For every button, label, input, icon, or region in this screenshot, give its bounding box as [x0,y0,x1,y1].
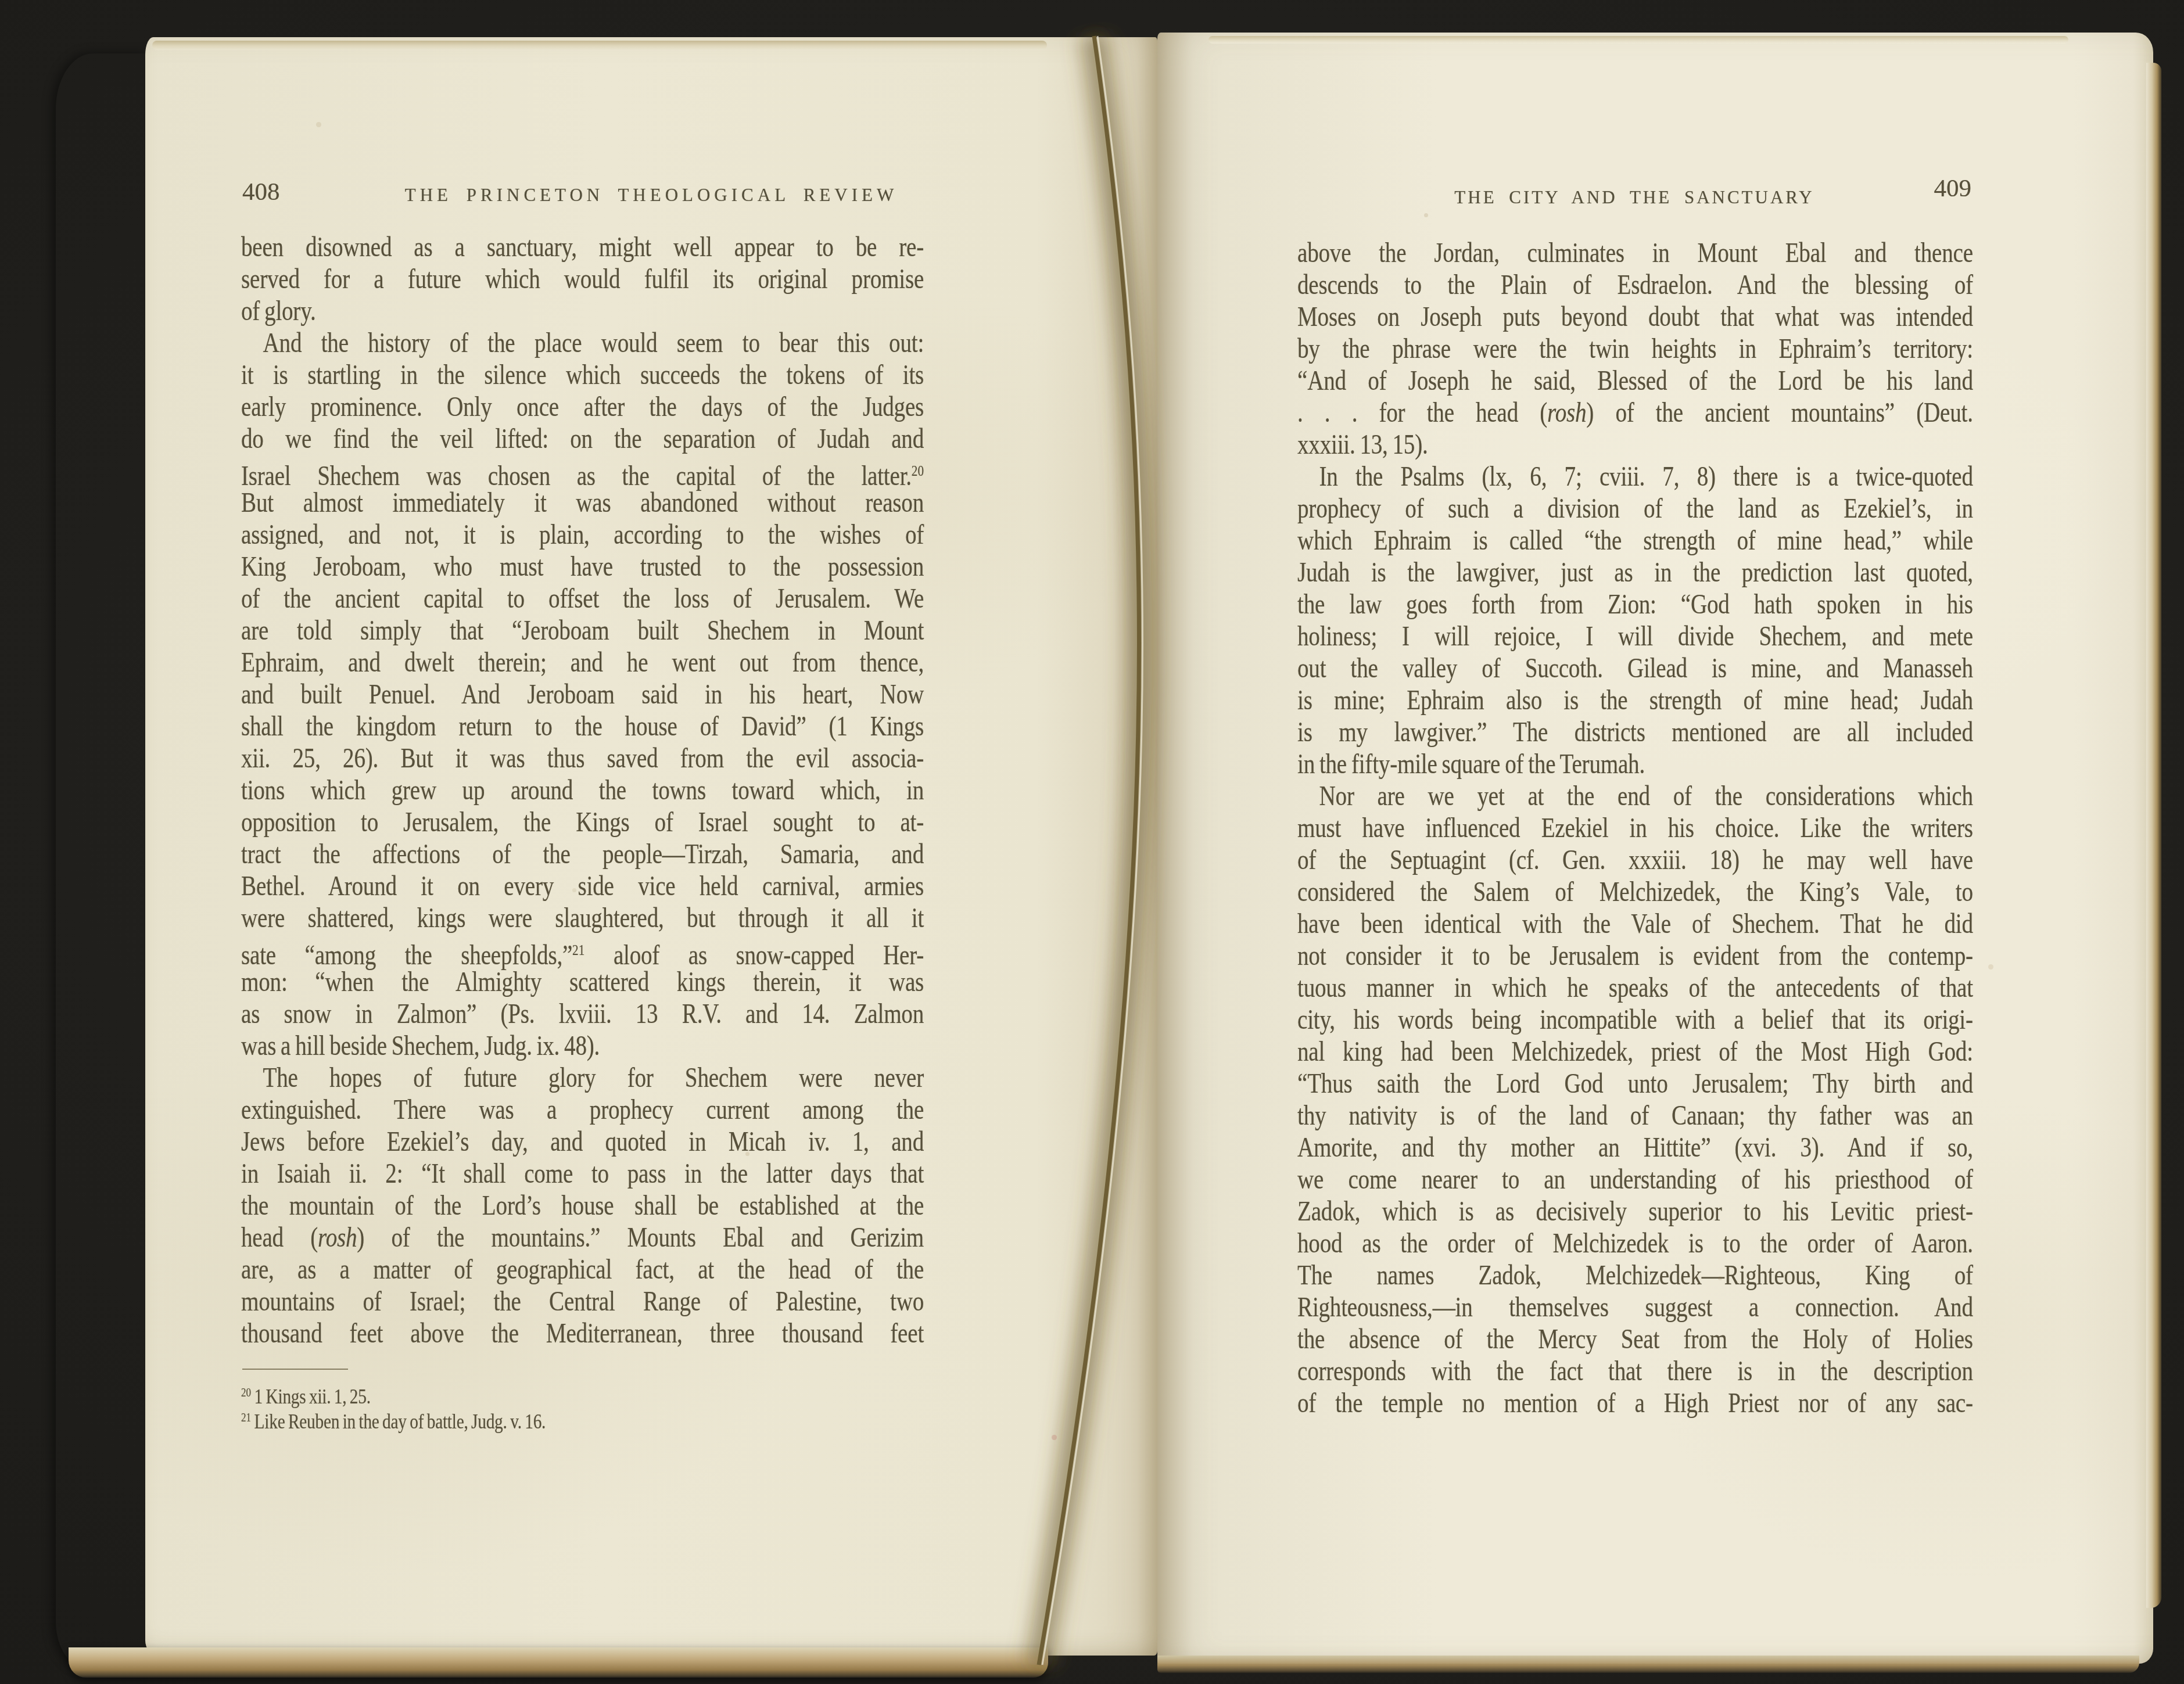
body-line: have been identical with the Vale of She… [1297,908,1973,940]
body-line: of the Septuagint (cf. Gen. xxxiii. 18) … [1297,844,1973,876]
body-line: shall the kingdom return to the house of… [241,710,924,742]
body-line: Righteousness,—in themselves suggest a c… [1297,1291,1973,1323]
body-line: as snow in Zalmon” (Ps. lxviii. 13 R.V. … [241,998,924,1030]
body-line: of the temple no mention of a High Pries… [1297,1387,1973,1419]
body-line: And the history of the place would seem … [241,327,924,359]
body-line: were shattered, kings were slaughtered, … [241,902,924,934]
left-body-text: been disowned as a sanctuary, might well… [241,231,924,1349]
body-line: In the Psalms (lx, 6, 7; cviii. 7, 8) th… [1297,461,1973,493]
body-line: tions which grew up around the towns tow… [241,774,924,806]
body-line: corresponds with the fact that there is … [1297,1355,1973,1387]
body-line: the law goes forth from Zion: “God hath … [1297,588,1973,620]
left-page-edge-stack [56,53,149,1668]
body-line: Amorite, and thy mother an Hittite” (xvi… [1297,1132,1973,1164]
body-line: nal king had been Melchizedek, priest of… [1297,1036,1973,1068]
body-line: assigned, and not, it is plain, accordin… [241,519,924,551]
body-line: Bethel. Around it on every side vice hel… [241,870,924,902]
body-line: 20 1 Kings xii. 1, 25. [241,1380,924,1405]
right-body-text: above the Jordan, culminates in Mount Eb… [1297,237,1973,1419]
left-running-head: THE PRINCETON THEOLOGICAL REVIEW [145,185,1157,206]
body-line: Zadok, which is as decisively superior t… [1297,1195,1973,1227]
body-line: The hopes of future glory for Shechem we… [241,1062,924,1094]
body-line: are, as a matter of geographical fact, a… [241,1254,924,1286]
body-line: is mine; Ephraim also is the strength of… [1297,684,1973,716]
body-line: xii. 25, 26). But it was thus saved from… [241,742,924,774]
body-line: Ephraim, and dwelt therein; and he went … [241,647,924,678]
body-line: in Isaiah ii. 2: “It shall come to pass … [241,1158,924,1190]
body-line: tuous manner in which he speaks of the a… [1297,972,1973,1004]
body-line: tract the affections of the people—Tirza… [241,838,924,870]
body-line: prophecy of such a division of the land … [1297,493,1973,525]
body-line: is my lawgiver.” The districts mentioned… [1297,716,1973,748]
top-page-edge-right [1208,36,2068,44]
body-line: Moses on Joseph puts beyond doubt that w… [1297,301,1973,333]
body-line: “And of Joseph he said, Blessed of the L… [1297,365,1973,397]
body-line: . . . for the head (rosh) of the ancient… [1297,397,1973,429]
body-line: opposition to Jerusalem, the Kings of Is… [241,806,924,838]
body-line: the absence of the Mercy Seat from the H… [1297,1323,1973,1355]
bottom-page-edge-left [69,1647,1048,1678]
body-line: and built Penuel. And Jeroboam said in h… [241,678,924,710]
body-line: Nor are we yet at the end of the conside… [1297,780,1973,812]
body-line: been disowned as a sanctuary, might well… [241,231,924,263]
body-line: Israel Shechem was chosen as the capital… [241,455,924,487]
body-line: The names Zadok, Melchizedek—Righteous, … [1297,1259,1973,1291]
body-line: city, his words being incompatible with … [1297,1004,1973,1036]
body-line: extinguished. There was a prophecy curre… [241,1094,924,1126]
right-page-number: 409 [1297,174,1971,203]
body-line: out the valley of Succoth. Gilead is min… [1297,652,1973,684]
body-line: above the Jordan, culminates in Mount Eb… [1297,237,1973,269]
footnote-rule [242,1369,348,1370]
body-line: early prominence. Only once after the da… [241,391,924,423]
body-line: hood as the order of Melchizedek is to t… [1297,1227,1973,1259]
bottom-page-edge-right [1157,1656,2139,1673]
body-line: holiness; I will rejoice, I will divide … [1297,620,1973,652]
body-line: must have influenced Ezekiel in his choi… [1297,812,1973,844]
body-line: But almost immediately it was abandoned … [241,487,924,519]
body-line: mon: “when the Almighty scattered kings … [241,966,924,998]
right-page-edge-stack [2146,63,2161,1608]
body-line: of glory. [241,295,924,327]
body-line: served for a future which would fulfil i… [241,263,924,295]
body-line: Judah is the lawgiver, just as in the pr… [1297,556,1973,588]
body-line: which Ephraim is called “the strength of… [1297,525,1973,556]
body-line: the mountain of the Lord’s house shall b… [241,1190,924,1222]
body-line: sate “among the sheepfolds,”21 aloof as … [241,934,924,966]
body-line: considered the Salem of Melchizedek, the… [1297,876,1973,908]
photographed-book-spread: { "book": { "left_page": { "page_number"… [0,0,2184,1684]
body-line: mountains of Israel; the Central Range o… [241,1286,924,1317]
body-line: thy nativity is of the land of Canaan; t… [1297,1100,1973,1132]
top-page-edge-left [152,41,1047,50]
paper-foxing-specks [0,0,3,3]
body-line: xxxiii. 13, 15). [1297,429,1973,461]
body-line: we come nearer to an understanding of hi… [1297,1164,1973,1195]
body-line: “Thus saith the Lord God unto Jerusalem;… [1297,1068,1973,1100]
body-line: King Jeroboam, who must have trusted to … [241,551,924,583]
body-line: was a hill beside Shechem, Judg. ix. 48)… [241,1030,924,1062]
left-footnotes: 20 1 Kings xii. 1, 25.21 Like Reuben in … [241,1380,924,1430]
body-line: do we find the veil lifted: on the separ… [241,423,924,455]
body-line: it is startling in the silence which suc… [241,359,924,391]
body-line: in the fifty-mile square of the Terumah. [1297,748,1973,780]
body-line: thousand feet above the Mediterranean, t… [241,1317,924,1349]
body-line: of the ancient capital to offset the los… [241,583,924,615]
body-line: are told simply that “Jeroboam built She… [241,615,924,647]
body-line: 21 Like Reuben in the day of battle, Jud… [241,1405,924,1430]
body-line: head (rosh) of the mountains.” Mounts Eb… [241,1222,924,1254]
body-line: descends to the Plain of Esdraelon. And … [1297,269,1973,301]
body-line: Jews before Ezekiel’s day, and quoted in… [241,1126,924,1158]
body-line: by the phrase were the twin heights in E… [1297,333,1973,365]
body-line: not consider it to be Jerusalem is evide… [1297,940,1973,972]
